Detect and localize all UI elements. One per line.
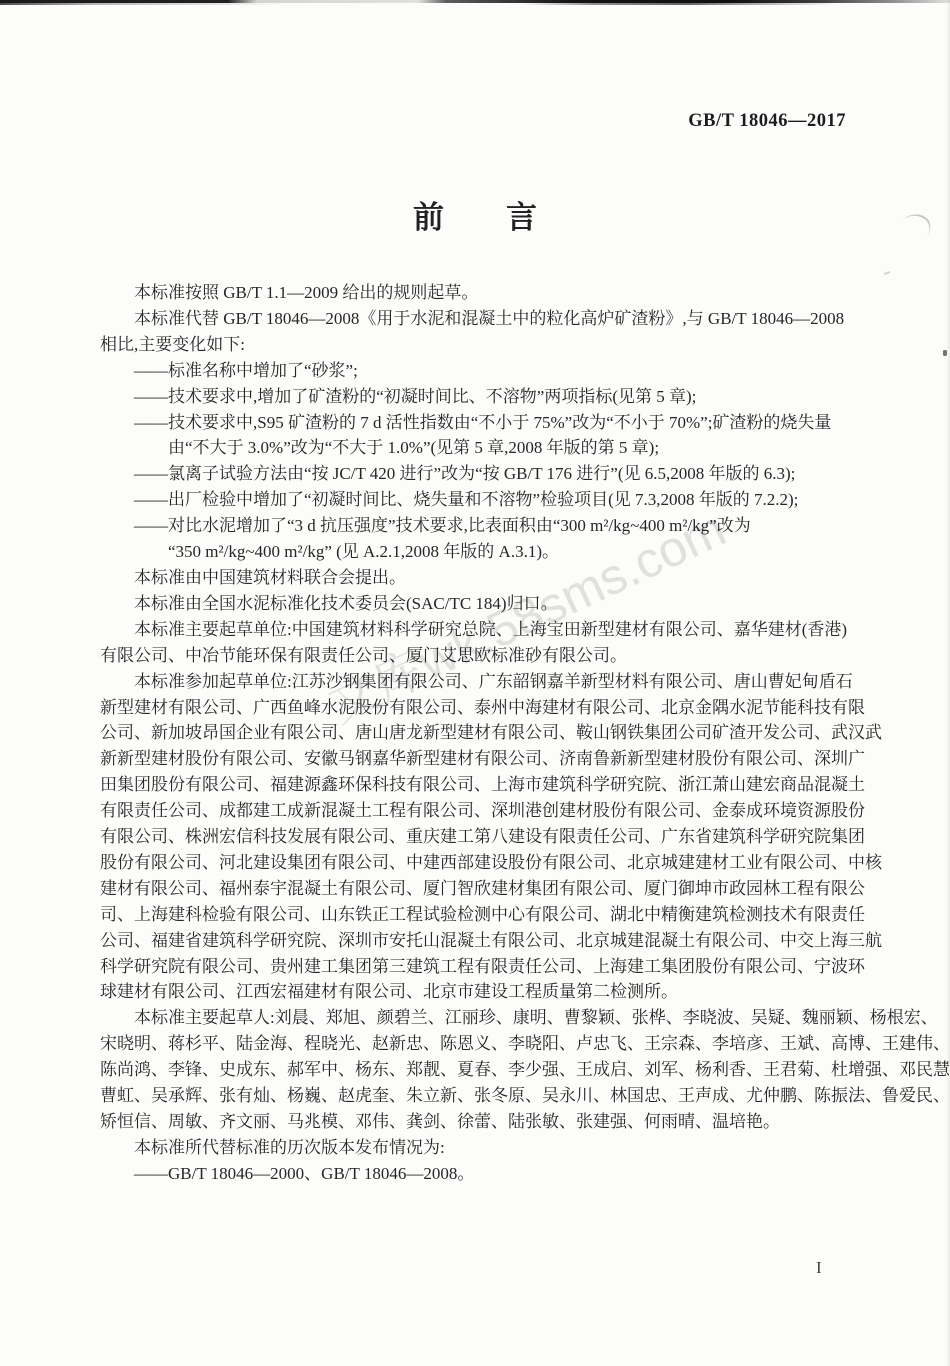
scan-artifact-top-edge [0, 0, 950, 6]
foreword-title: 前言 [0, 192, 950, 237]
text-line: ——标准名称中增加了“砂浆”; [100, 358, 858, 384]
text-line: 本标准由中国建筑材料联合会提出。 [100, 565, 858, 591]
body-text: 本标准按照 GB/T 1.1—2009 给出的规则起草。本标准代替 GB/T 1… [100, 280, 858, 1187]
text-line: 本标准参加起草单位:江苏沙钢集团有限公司、广东韶钢嘉羊新型材料有限公司、唐山曹妃… [100, 669, 858, 695]
text-line: 陈尚鸿、李锋、史成东、郝军中、杨东、郑靓、夏春、李少强、王成启、刘军、杨利香、王… [100, 1057, 858, 1083]
text-line: 曹虹、吴承辉、张有灿、杨巍、赵虎奎、朱立新、张冬原、吴永川、林国忠、王声成、尤仲… [100, 1083, 858, 1109]
text-line: 新新型建材股份有限公司、安徽马钢嘉华新型建材有限公司、济南鲁新新型建材股份有限公… [100, 746, 858, 772]
text-line: ——氯离子试验方法由“按 JC/T 420 进行”改为“按 GB/T 176 进… [100, 461, 858, 487]
text-line: 本标准所代替标准的历次版本发布情况为: [100, 1135, 858, 1161]
text-line: ——技术要求中,S95 矿渣粉的 7 d 活性指数由“不小于 75%”改为“不小… [100, 410, 858, 436]
text-line: 田集团股份有限公司、福建源鑫环保科技有限公司、上海市建筑科学研究院、浙江萧山建宏… [100, 772, 858, 798]
ink-speck [884, 271, 890, 275]
text-line: 本标准代替 GB/T 18046—2008《用于水泥和混凝土中的粒化高炉矿渣粉》… [100, 306, 858, 332]
text-line: 宋晓明、蒋杉平、陆金海、程晓光、赵新忠、陈恩义、李晓阳、卢忠飞、王宗森、李培彦、… [100, 1031, 858, 1057]
document-page: GB/T 18046—2017 前言 文库wk.58sms.com 本标准按照 … [0, 0, 950, 1366]
standard-number: GB/T 18046—2017 [688, 111, 846, 132]
text-line: 矫恒信、周敏、齐文丽、马兆模、邓伟、龚剑、徐蕾、陆张敏、张建强、何雨晴、温培艳。 [100, 1109, 858, 1135]
text-line: 股份有限公司、河北建设集团有限公司、中建西部建设股份有限公司、北京城建建材工业有… [100, 850, 858, 876]
text-line: 公司、福建省建筑科学研究院、深圳市安托山混凝土有限公司、北京城建混凝土有限公司、… [100, 928, 858, 954]
text-line: 科学研究院有限公司、贵州建工集团第三建筑工程有限责任公司、上海建工集团股份有限公… [100, 954, 858, 980]
text-line: 公司、新加坡昂国企业有限公司、唐山唐龙新型建材有限公司、鞍山钢铁集团公司矿渣开发… [100, 720, 858, 746]
text-line: 有限公司、株洲宏信科技发展有限公司、重庆建工第八建设有限责任公司、广东省建筑科学… [100, 824, 858, 850]
text-line: 本标准按照 GB/T 1.1—2009 给出的规则起草。 [100, 280, 858, 306]
text-line: 由“不大于 3.0%”改为“不大于 1.0%”(见第 5 章,2008 年版的第… [100, 435, 858, 461]
page-number: I [816, 1258, 822, 1278]
text-line: ——出厂检验中增加了“初凝时间比、烧失量和不溶物”检验项目(见 7.3,2008… [100, 487, 858, 513]
text-line: 有限公司、中冶节能环保有限责任公司、厦门艾思欧标准砂有限公司。 [100, 643, 858, 669]
text-line: 球建材有限公司、江西宏福建材有限公司、北京市建设工程质量第二检测所。 [100, 979, 858, 1005]
text-line: 本标准主要起草单位:中国建筑材料科学研究总院、上海宝田新型建材有限公司、嘉华建材… [100, 617, 858, 643]
scan-artifact-line [0, 3, 950, 5]
page-edge-shadow [946, 0, 950, 1366]
text-line: “350 m²/kg~400 m²/kg” (见 A.2.1,2008 年版的 … [100, 539, 858, 565]
text-line: ——GB/T 18046—2000、GB/T 18046—2008。 [100, 1161, 858, 1187]
text-line: 新型建材有限公司、广西鱼峰水泥股份有限公司、泰州中海建材有限公司、北京金隅水泥节… [100, 695, 858, 721]
text-line: 本标准主要起草人:刘晨、郑旭、颜碧兰、江丽珍、康明、曹黎颖、张桦、李晓波、吴疑、… [100, 1005, 858, 1031]
text-line: 有限责任公司、成都建工成新混凝土工程有限公司、深圳港创建材股份有限公司、金泰成环… [100, 798, 858, 824]
text-line: 本标准由全国水泥标准化技术委员会(SAC/TC 184)归口。 [100, 591, 858, 617]
text-line: 建材有限公司、福州泰宇混凝土有限公司、厦门智欣建材集团有限公司、厦门御坤市政园林… [100, 876, 858, 902]
text-line: 相比,主要变化如下: [100, 332, 858, 358]
text-line: ——技术要求中,增加了矿渣粉的“初凝时间比、不溶物”两项指标(见第 5 章); [100, 384, 858, 410]
text-line: ——对比水泥增加了“3 d 抗压强度”技术要求,比表面积由“300 m²/kg~… [100, 513, 858, 539]
text-line: 司、上海建科检验有限公司、山东铁正工程试验检测中心有限公司、湖北中精衡建筑检测技… [100, 902, 858, 928]
